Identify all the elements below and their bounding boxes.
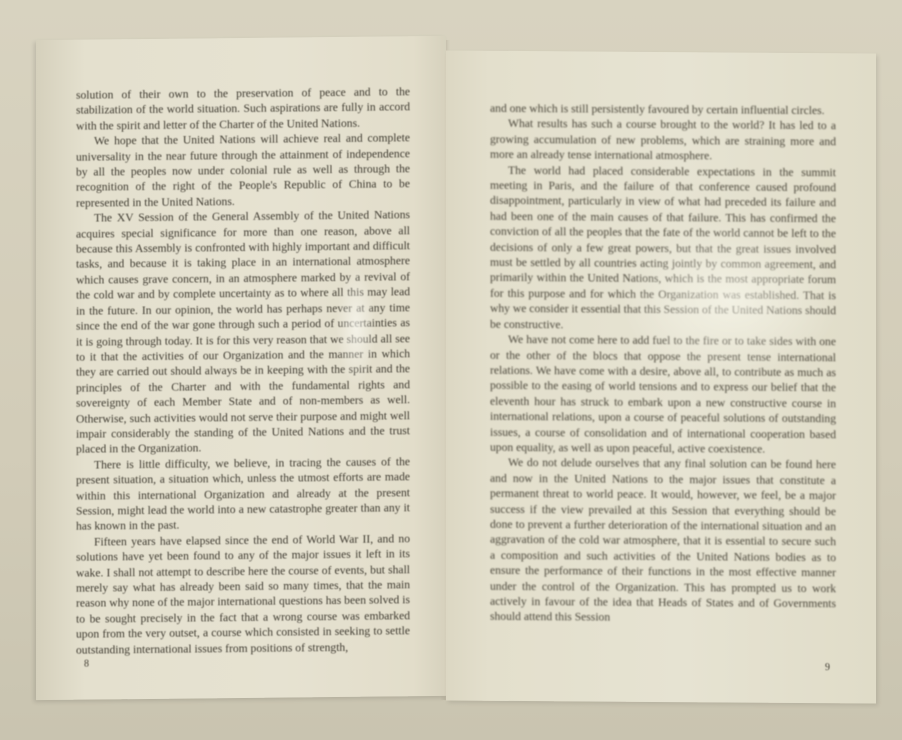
page-number: 9	[825, 662, 830, 673]
paragraph: We do not delude ourselves that any fina…	[490, 455, 836, 627]
left-page-text: solution of their own to the preservatio…	[76, 84, 410, 658]
paragraph: The XV Session of the General Assembly o…	[76, 207, 410, 457]
left-page: solution of their own to the preservatio…	[36, 36, 446, 700]
right-page: and one which is still persistently favo…	[446, 50, 876, 703]
page-number: 8	[84, 659, 89, 670]
paragraph: We hope that the United Nations will ach…	[76, 130, 410, 211]
paragraph: There is little difficulty, we believe, …	[76, 454, 410, 535]
paragraph: What results has such a course brought t…	[490, 116, 836, 165]
right-page-text: and one which is still persistently favo…	[490, 101, 836, 627]
paragraph: Fifteen years have elapsed since the end…	[76, 531, 410, 658]
paragraph: We have not come here to add fuel to the…	[490, 332, 836, 458]
paragraph: solution of their own to the preservatio…	[76, 84, 410, 134]
paragraph: The world had placed considerable expect…	[490, 162, 836, 334]
